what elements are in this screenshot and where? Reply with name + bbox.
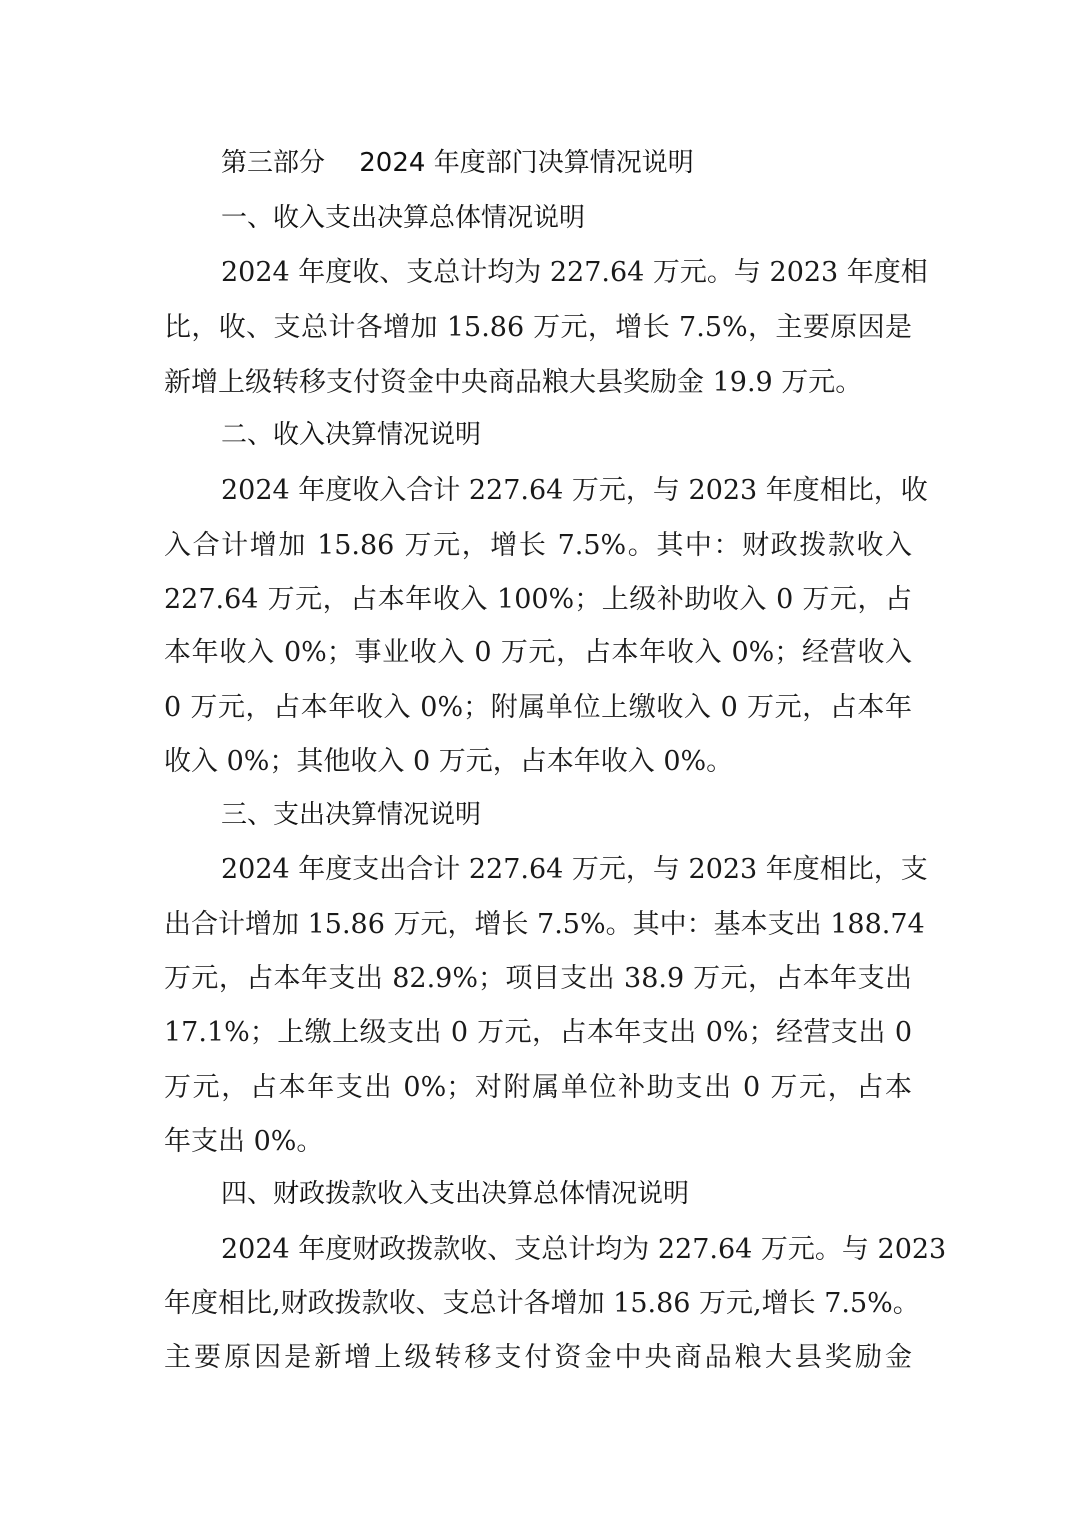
- part-title: 第三部分 2024 年度部门决算情况说明: [221, 143, 694, 183]
- section-1-line-1: 2024 年度收、支总计均为 227.64 万元。与 2023 年度相: [221, 253, 912, 293]
- section-3-line-6: 年支出 0%。: [164, 1122, 912, 1162]
- section-2-line-1: 2024 年度收入合计 227.64 万元，与 2023 年度相比，收: [221, 471, 912, 511]
- section-2-line-5: 0 万元，占本年收入 0%；附属单位上缴收入 0 万元，占本年: [164, 688, 912, 728]
- section-3-line-2: 出合计增加 15.86 万元，增长 7.5%。其中：基本支出 188.74: [164, 905, 912, 945]
- section-3-line-4: 17.1%；上缴上级支出 0 万元，占本年支出 0%；经营支出 0: [164, 1013, 912, 1053]
- section-4-line-1: 2024 年度财政拨款收、支总计均为 227.64 万元。与 2023: [221, 1230, 912, 1270]
- document-page: 第三部分 2024 年度部门决算情况说明 一、收入支出决算总体情况说明 2024…: [0, 0, 1074, 1520]
- section-4-line-3: 主要原因是新增上级转移支付资金中央商品粮大县奖励金: [164, 1338, 912, 1378]
- section-3-line-5: 万元，占本年支出 0%；对附属单位补助支出 0 万元，占本: [164, 1068, 912, 1108]
- section-4-heading: 四、财政拨款收入支出决算总体情况说明: [221, 1174, 689, 1214]
- section-3-line-1: 2024 年度支出合计 227.64 万元，与 2023 年度相比，支: [221, 850, 912, 890]
- section-1-line-2: 比，收、支总计各增加 15.86 万元，增长 7.5%，主要原因是: [164, 308, 912, 348]
- section-2-line-3: 227.64 万元，占本年收入 100%；上级补助收入 0 万元，占: [164, 580, 912, 620]
- section-3-heading: 三、支出决算情况说明: [221, 795, 481, 835]
- section-2-line-2: 入合计增加 15.86 万元，增长 7.5%。其中：财政拨款收入: [164, 526, 912, 566]
- section-3-line-3: 万元，占本年支出 82.9%；项目支出 38.9 万元，占本年支出: [164, 959, 912, 999]
- section-1-heading: 一、收入支出决算总体情况说明: [221, 198, 585, 238]
- section-2-line-4: 本年收入 0%；事业收入 0 万元，占本年收入 0%；经营收入: [164, 633, 912, 673]
- section-2-line-6: 收入 0%；其他收入 0 万元，占本年收入 0%。: [164, 742, 912, 782]
- section-2-heading: 二、收入决算情况说明: [221, 415, 481, 455]
- section-4-line-2: 年度相比,财政拨款收、支总计各增加 15.86 万元,增长 7.5%。: [164, 1284, 912, 1324]
- section-1-line-3: 新增上级转移支付资金中央商品粮大县奖励金 19.9 万元。: [164, 363, 912, 403]
